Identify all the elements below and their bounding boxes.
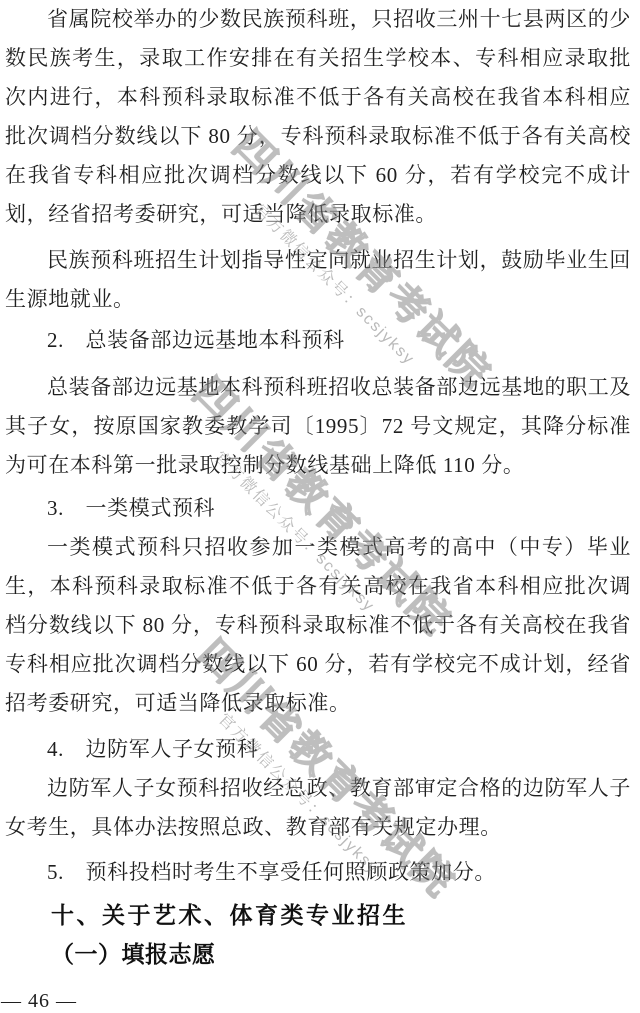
section-heading: 十、关于艺术、体育类专业招生 (5, 896, 631, 935)
body-paragraph: 总装备部边远基地本科预科班招收总装备部边远基地的职工及其子女，按原国家教委教学司… (5, 368, 631, 485)
page-number: — 46 — (1, 982, 631, 1013)
body-paragraph: 一类模式预科只招收参加一类模式高考的高中（中专）毕业生，本科预科录取标准不低于各… (5, 528, 631, 723)
body-paragraph: 边防军人子女预科招收经总政、教育部审定合格的边防军人子女考生，具体办法按照总政、… (5, 769, 631, 847)
numbered-item-3: 3. 一类模式预科 (5, 489, 631, 528)
body-paragraph: 民族预科班招生计划指导性定向就业招生计划，鼓励毕业生回生源地就业。 (5, 241, 631, 319)
numbered-item-2: 2. 总装备部边远基地本科预科 (5, 321, 631, 360)
document-content: 省属院校举办的少数民族预科班，只招收三州十七县两区的少数民族考生，录取工作安排在… (0, 0, 640, 1013)
numbered-item-4: 4. 边防军人子女预科 (5, 730, 631, 769)
numbered-item-5: 5. 预科投档时考生不享受任何照顾政策加分。 (5, 853, 631, 892)
subsection-heading: （一）填报志愿 (5, 935, 631, 974)
document-page: 省属院校举办的少数民族预科班，只招收三州十七县两区的少数民族考生，录取工作安排在… (0, 0, 640, 1013)
body-paragraph: 省属院校举办的少数民族预科班，只招收三州十七县两区的少数民族考生，录取工作安排在… (5, 0, 631, 234)
